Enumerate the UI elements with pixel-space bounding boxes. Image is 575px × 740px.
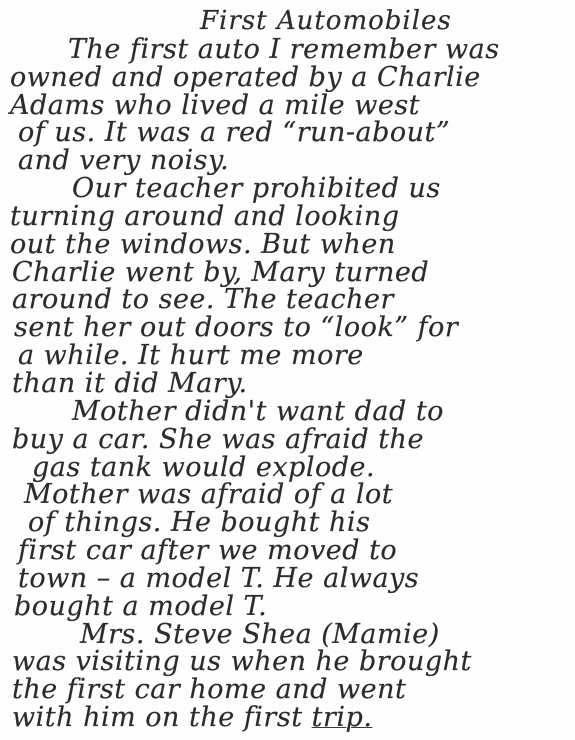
underlined-word: trip. bbox=[312, 702, 373, 733]
text-line: around to see. The teacher bbox=[12, 284, 394, 315]
text-line: The first auto I remember was bbox=[68, 34, 500, 65]
text-line: Mrs. Steve Shea (Mamie) bbox=[80, 619, 440, 650]
text-line: and very noisy. bbox=[18, 145, 229, 176]
text-line: with him on the first bbox=[12, 702, 303, 733]
text-line: first car after we moved to bbox=[18, 535, 397, 566]
text-line: of things. He bought his bbox=[28, 507, 370, 538]
text-line: was visiting us when he brought bbox=[12, 646, 472, 677]
text-line: Adams who lived a mile west bbox=[10, 90, 420, 121]
text-line: the first car home and went bbox=[12, 674, 406, 705]
text-line: Charlie went by, Mary turned bbox=[12, 257, 429, 288]
handwritten-page: First Automobiles The first auto I remem… bbox=[0, 0, 575, 740]
text-line: a while. It hurt me more bbox=[18, 340, 364, 371]
text-line: than it did Mary. bbox=[12, 368, 248, 399]
page-title: First Automobiles bbox=[200, 6, 452, 36]
text-line: out the windows. But when bbox=[10, 229, 396, 260]
text-line: Mother didn't want dad to bbox=[72, 396, 444, 427]
text-line: town – a model T. He always bbox=[18, 563, 419, 594]
text-line: Mother was afraid of a lot bbox=[24, 479, 393, 510]
text-line: of us. It was a red “run-about” bbox=[18, 117, 450, 148]
text-line: owned and operated by a Charlie bbox=[10, 62, 481, 93]
text-line: turning around and looking bbox=[10, 201, 400, 232]
text-line: buy a car. She was afraid the bbox=[12, 424, 424, 455]
text-line: bought a model T. bbox=[14, 591, 267, 622]
text-line: sent her out doors to “look” for bbox=[14, 312, 458, 343]
text-line: Our teacher prohibited us bbox=[72, 173, 441, 204]
text-line: gas tank would explode. bbox=[32, 452, 375, 483]
text-line-final: with him on the first trip. bbox=[12, 702, 372, 733]
